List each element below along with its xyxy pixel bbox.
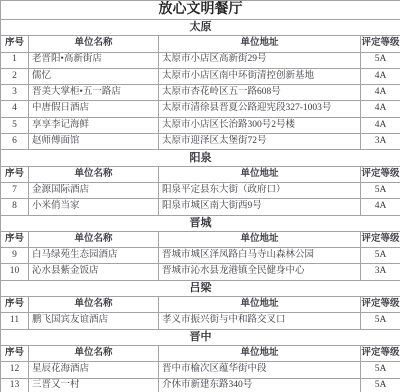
- column-header: 单位名称: [29, 297, 159, 313]
- column-header: 评定等级: [361, 166, 400, 182]
- column-header: 单位名称: [29, 166, 159, 182]
- unit-address-cell: 太原市小店区南中环街清控创新基地: [159, 68, 361, 84]
- row-number-cell: 13: [1, 378, 29, 392]
- unit-name-cell: 小米俏当家: [29, 199, 159, 215]
- table-row: 1老晋阳•高新街店太原市小店区高新街29号5A: [1, 52, 400, 68]
- rating-cell: 5A: [361, 182, 400, 198]
- unit-name-cell: 白马绿苑生态园酒店: [29, 248, 159, 264]
- column-header: 序号: [1, 231, 29, 247]
- unit-name-cell: 鹏飞国宾友谊酒店: [29, 313, 159, 329]
- column-header: 评定等级: [361, 345, 400, 361]
- row-number-cell: 3: [1, 85, 29, 101]
- rating-cell: 4A: [361, 117, 400, 133]
- unit-name-cell: 儒忆: [29, 68, 159, 84]
- table-row: 5享享李记海鲜太原市小店区长治路300号2号楼4A: [1, 117, 400, 133]
- unit-name-cell: 老晋阳•高新街店: [29, 52, 159, 68]
- column-header: 单位地址: [159, 345, 361, 361]
- column-header-row: 序号单位名称单位地址评定等级: [1, 297, 400, 313]
- unit-address-cell: 孝义市振兴街与中和路交叉口: [159, 313, 361, 329]
- column-header: 评定等级: [361, 297, 400, 313]
- table-row: 8小米俏当家阳泉市城区南大街西9号4A: [1, 199, 400, 215]
- unit-name-cell: 享享李记海鲜: [29, 117, 159, 133]
- row-number-cell: 8: [1, 199, 29, 215]
- unit-address-cell: 介休市新建东路340号: [159, 378, 361, 392]
- column-header: 单位名称: [29, 231, 159, 247]
- column-header: 序号: [1, 297, 29, 313]
- unit-address-cell: 阳泉平定县东大街（政府口）: [159, 182, 361, 198]
- restaurant-rating-document: 放心文明餐厅 太原序号单位名称单位地址评定等级1老晋阳•高新街店太原市小店区高新…: [0, 0, 400, 392]
- unit-address-cell: 太原市迎泽区太堡街72号: [159, 134, 361, 150]
- unit-address-cell: 太原市小店区长治路300号2号楼: [159, 117, 361, 133]
- section-title: 吕梁: [1, 280, 400, 296]
- rating-cell: 5A: [361, 248, 400, 264]
- rating-cell: 3A: [361, 134, 400, 150]
- page-title: 放心文明餐厅: [1, 1, 400, 20]
- section-title: 太原: [1, 20, 400, 36]
- table-row: 2儒忆太原市小店区南中环街清控创新基地4A: [1, 68, 400, 84]
- row-number-cell: 10: [1, 264, 29, 280]
- row-number-cell: 1: [1, 52, 29, 68]
- table-row: 7金源国际酒店阳泉平定县东大街（政府口）5A: [1, 182, 400, 198]
- rating-cell: 4A: [361, 68, 400, 84]
- row-number-cell: 9: [1, 248, 29, 264]
- column-header: 单位名称: [29, 36, 159, 52]
- rating-cell: 5A: [361, 362, 400, 378]
- column-header: 单位地址: [159, 297, 361, 313]
- rating-cell: 5A: [361, 52, 400, 68]
- unit-address-cell: 太原市杏花岭区五一路608号: [159, 85, 361, 101]
- unit-name-cell: 星辰花海酒店: [29, 362, 159, 378]
- section-row: 吕梁: [1, 280, 400, 296]
- table-row: 10沁水县紫金饭店晋城市沁水县龙港镇全民健身中心3A: [1, 264, 400, 280]
- column-header-row: 序号单位名称单位地址评定等级: [1, 231, 400, 247]
- unit-address-cell: 晋城市城区泽凤路白马寺山森林公园: [159, 248, 361, 264]
- row-number-cell: 12: [1, 362, 29, 378]
- title-row: 放心文明餐厅: [1, 1, 400, 20]
- row-number-cell: 2: [1, 68, 29, 84]
- column-header: 单位地址: [159, 231, 361, 247]
- section-row: 阳泉: [1, 150, 400, 166]
- unit-address-cell: 晋城市沁水县龙港镇全民健身中心: [159, 264, 361, 280]
- row-number-cell: 7: [1, 182, 29, 198]
- table-row: 4中唐假日酒店太原市清徐县晋夏公路迎宪段327-1003号4A: [1, 101, 400, 117]
- unit-name-cell: 沁水县紫金饭店: [29, 264, 159, 280]
- row-number-cell: 6: [1, 134, 29, 150]
- unit-address-cell: 太原市小店区高新街29号: [159, 52, 361, 68]
- column-header-row: 序号单位名称单位地址评定等级: [1, 166, 400, 182]
- column-header-row: 序号单位名称单位地址评定等级: [1, 345, 400, 361]
- rating-cell: 4A: [361, 199, 400, 215]
- unit-address-cell: 阳泉市城区南大街西9号: [159, 199, 361, 215]
- column-header: 评定等级: [361, 231, 400, 247]
- unit-name-cell: 金源国际酒店: [29, 182, 159, 198]
- unit-address-cell: 太原市清徐县晋夏公路迎宪段327-1003号: [159, 101, 361, 117]
- column-header: 单位名称: [29, 345, 159, 361]
- section-row: 晋城: [1, 215, 400, 231]
- table-row: 3晋美大掌柜•五一路店太原市杏花岭区五一路608号4A: [1, 85, 400, 101]
- table-row: 9白马绿苑生态园酒店晋城市城区泽凤路白马寺山森林公园5A: [1, 248, 400, 264]
- column-header-row: 序号单位名称单位地址评定等级: [1, 36, 400, 52]
- row-number-cell: 11: [1, 313, 29, 329]
- unit-name-cell: 晋美大掌柜•五一路店: [29, 85, 159, 101]
- section-title: 晋中: [1, 329, 400, 345]
- column-header: 序号: [1, 166, 29, 182]
- unit-address-cell: 晋中市榆次区蕴华街中段: [159, 362, 361, 378]
- table-row: 13三晋又一村介休市新建东路340号5A: [1, 378, 400, 392]
- row-number-cell: 4: [1, 101, 29, 117]
- section-title: 阳泉: [1, 150, 400, 166]
- table-row: 12星辰花海酒店晋中市榆次区蕴华街中段5A: [1, 362, 400, 378]
- column-header: 单位地址: [159, 36, 361, 52]
- table-row: 11鹏飞国宾友谊酒店孝义市振兴街与中和路交叉口5A: [1, 313, 400, 329]
- rating-cell: 4A: [361, 85, 400, 101]
- column-header: 序号: [1, 36, 29, 52]
- rating-cell: 5A: [361, 313, 400, 329]
- rating-cell: 4A: [361, 101, 400, 117]
- restaurant-table: 放心文明餐厅 太原序号单位名称单位地址评定等级1老晋阳•高新街店太原市小店区高新…: [0, 0, 400, 392]
- unit-name-cell: 赵师傅面馆: [29, 134, 159, 150]
- column-header: 单位地址: [159, 166, 361, 182]
- unit-name-cell: 三晋又一村: [29, 378, 159, 392]
- table-row: 6赵师傅面馆太原市迎泽区太堡街72号3A: [1, 134, 400, 150]
- rating-cell: 3A: [361, 264, 400, 280]
- section-row: 太原: [1, 20, 400, 36]
- column-header: 评定等级: [361, 36, 400, 52]
- section-title: 晋城: [1, 215, 400, 231]
- rating-cell: 5A: [361, 378, 400, 392]
- section-row: 晋中: [1, 329, 400, 345]
- unit-name-cell: 中唐假日酒店: [29, 101, 159, 117]
- row-number-cell: 5: [1, 117, 29, 133]
- restaurant-table-body: 放心文明餐厅 太原序号单位名称单位地址评定等级1老晋阳•高新街店太原市小店区高新…: [1, 1, 400, 392]
- column-header: 序号: [1, 345, 29, 361]
